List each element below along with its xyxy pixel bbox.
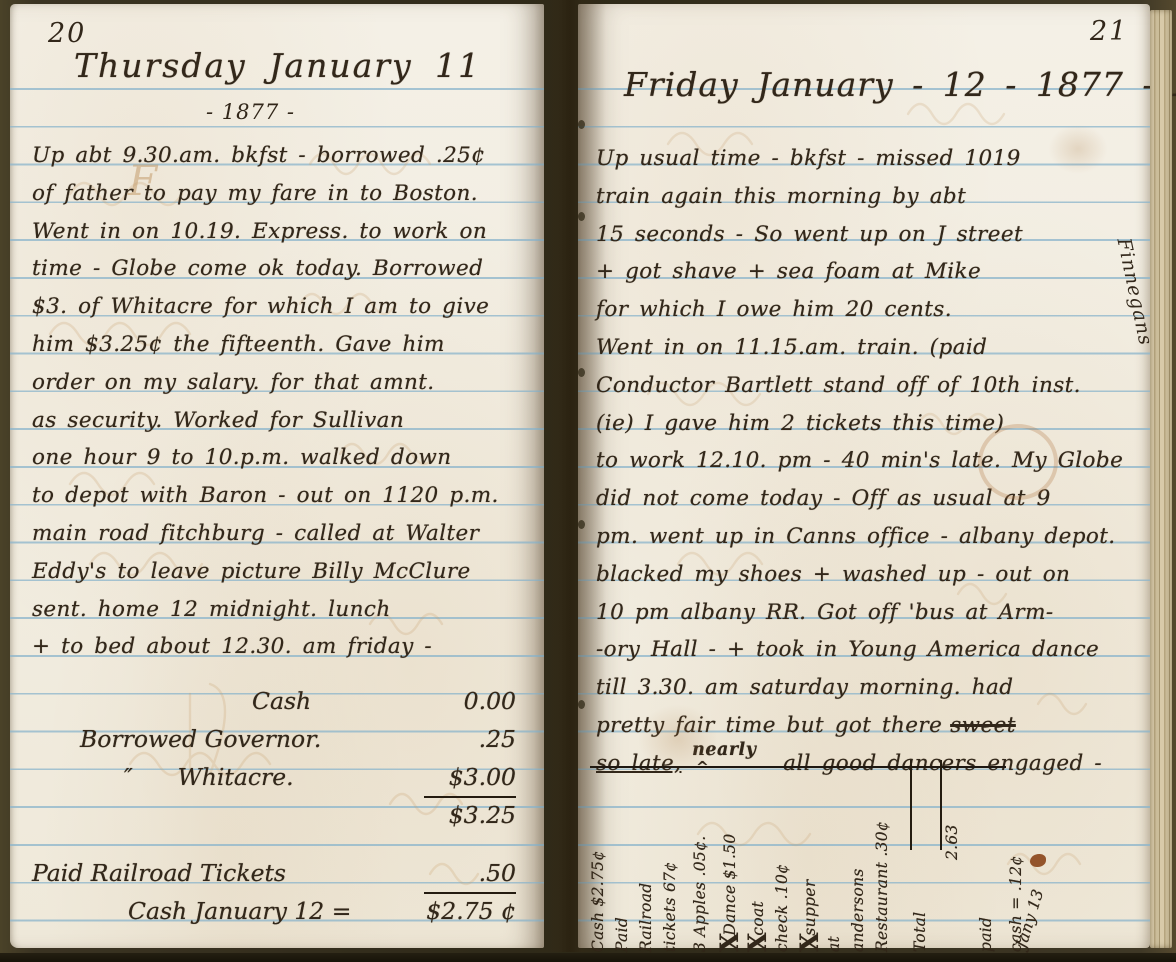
diary-line: sent. home 12 midnight. lunch [32, 591, 530, 629]
book-bottom-edge [0, 953, 1176, 962]
diary-line: till 3.30. am saturday morning. had [596, 669, 1136, 707]
ledger-column: at [822, 766, 846, 952]
ledger-text: Total [911, 912, 929, 952]
diary-line: Conductor Bartlett stand off of 10th ins… [596, 367, 1136, 405]
ledger-column: andersons [846, 766, 870, 952]
ledger-column: Xcoat [746, 766, 770, 952]
page-stack-fore-edge [1150, 10, 1172, 948]
cross-mark: X [795, 936, 824, 952]
diary-line: time - Globe come ok today. Borrowed [32, 250, 530, 288]
diary-line: Went in on 11.15.am. train. (paid [596, 329, 1136, 367]
cash-label: Cash [252, 687, 311, 715]
total-rule-right [940, 760, 942, 850]
cash-row: Cash 0.00 [32, 682, 530, 720]
struck-word: sweet [950, 713, 1016, 738]
ledger-text: Railroad [637, 883, 655, 953]
cash-row: Paid Railroad Tickets .50 [32, 854, 530, 892]
page-number-left: 20 [48, 18, 86, 49]
cash-label: ″ Whitacre. [124, 763, 294, 791]
ledger-column: Railroad [634, 766, 658, 952]
ledger-text: coat [749, 901, 767, 936]
entry-year: - 1877 - [206, 100, 295, 124]
diary-line: + to bed about 12.30. am friday - [32, 628, 530, 666]
ledger-column: Paid [610, 766, 634, 952]
diary-line: -ory Hall - + took in Young America danc… [596, 631, 1136, 669]
diary-line: for which I owe him 20 cents. [596, 291, 1136, 329]
cash-label: Cash January 12 = [128, 897, 351, 925]
diary-line: of father to pay my fare in to Boston. [32, 175, 530, 213]
cash-amount: 0.00 [424, 682, 516, 720]
ledger-text: check .10¢ [773, 864, 791, 952]
diary-line: + got shave + sea foam at Mike [596, 253, 1136, 291]
ledger-text: paid [977, 917, 995, 952]
cash-row: Cash January 12 = $2.75 ¢ [32, 892, 530, 930]
ledger-column: Restaurant .30¢ [870, 766, 894, 952]
diary-line: blacked my shoes + washed up - out on [596, 556, 1136, 594]
ledger-column: check .10¢ [770, 766, 794, 952]
ledger-text: 2.63 [943, 824, 961, 860]
ledger-text: Dance $1.50 [721, 833, 739, 935]
diary-line: pm. went up in Canns office - albany dep… [596, 518, 1136, 556]
ledger-column: paid [974, 766, 998, 952]
total-rule-left [910, 760, 912, 850]
diary-line: train again this morning by abt [596, 178, 1136, 216]
ledger-column: Cash $2.75¢ [586, 766, 610, 952]
cash-amount: $2.75 ¢ [424, 892, 516, 930]
cash-row: ″ Whitacre. $3.00 [32, 758, 530, 796]
ledger-text: Restaurant .30¢ [873, 821, 891, 952]
diary-line: main road fitchburg - called at Walter [32, 515, 530, 553]
diary-line: to depot with Baron - out on 1120 p.m. [32, 477, 530, 515]
ledger-text: supper [801, 879, 819, 935]
stain-ring [978, 424, 1058, 500]
stain [638, 704, 718, 774]
page-number-right: 21 [1090, 16, 1128, 47]
diary-line: 10 pm albany RR. Got off 'bus at Arm- [596, 594, 1136, 632]
ledger-column: 3 Apples .05¢. [688, 766, 712, 952]
diary-line: Up abt 9.30.am. bkfst - borrowed .25¢ [32, 137, 530, 175]
diary-line: (ie) I gave him 2 tickets this time) [596, 405, 1136, 443]
ledger-text: andersons [849, 868, 867, 952]
entry-title-right: Friday January - 12 - 1877 - F [624, 56, 1176, 107]
right-page: 21 Friday January - 12 - 1877 - F Finneg… [578, 4, 1150, 948]
cash-row: Borrowed Governor. .25 [32, 720, 530, 758]
diary-line: Went in on 10.19. Express. to work on [32, 213, 530, 251]
ledger-column: tickets 67¢ [658, 766, 682, 952]
diary-line: as security. Worked for Sullivan [32, 402, 530, 440]
entry-title-text: Friday January - 12 - 1877 - [624, 65, 1155, 104]
cross-mark: X [715, 936, 744, 952]
cash-amount: $3.25 [424, 796, 516, 834]
entry-body-left: Up abt 9.30.am. bkfst - borrowed .25¢ of… [32, 137, 530, 666]
diary-line: one hour 9 to 10.p.m. walked down [32, 439, 530, 477]
diary-line: 15 seconds - So went up on J street [596, 216, 1136, 254]
binding-stitch [578, 520, 585, 529]
diary-line: did not come today - Off as usual at 9 [596, 480, 1136, 518]
cash-label: Paid Railroad Tickets [32, 859, 286, 887]
binding-stitch [578, 700, 585, 709]
ledger-text: tickets 67¢ [661, 862, 679, 952]
binding-stitch [578, 212, 585, 221]
ledger-text: 3 Apples .05¢. [691, 836, 709, 952]
cash-label: Borrowed Governor. [80, 725, 321, 753]
ledger-text: Cash $2.75¢ [589, 851, 607, 953]
ledger-column: Xsupper [798, 766, 822, 952]
left-page: 20 F Thursday January 11 - 1877 - Up abt… [10, 4, 544, 948]
binding-stitch [578, 368, 585, 377]
binding-stitch [578, 120, 585, 129]
ledger-text: at [825, 936, 843, 952]
stain [1048, 124, 1108, 174]
ledger-column-total: 2.63 [940, 766, 964, 952]
cross-mark: X [743, 936, 772, 952]
diary-line: order on my salary. for that amnt. [32, 364, 530, 402]
cash-amount: .50 [424, 854, 516, 894]
entry-title-left: Thursday January 11 [74, 46, 481, 85]
rotated-expense-ledger: Cash $2.75¢ Paid Railroad tickets 67¢ 3 … [586, 766, 1060, 952]
ledger-text: Paid [613, 917, 631, 952]
diary-line: $3. of Whitacre for which I am to give [32, 288, 530, 326]
diary-scan: 20 F Thursday January 11 - 1877 - Up abt… [0, 0, 1176, 962]
diary-line: Eddy's to leave picture Billy McClure [32, 553, 530, 591]
cash-row: $3.25 [32, 796, 530, 834]
cash-amount: .25 [424, 720, 516, 758]
diary-line: him $3.25¢ the fifteenth. Gave him [32, 326, 530, 364]
cash-account: Cash 0.00 Borrowed Governor. .25 ″ Whita… [32, 682, 530, 930]
ledger-column: XDance $1.50 [718, 766, 742, 952]
cash-amount: $3.00 [424, 758, 516, 798]
